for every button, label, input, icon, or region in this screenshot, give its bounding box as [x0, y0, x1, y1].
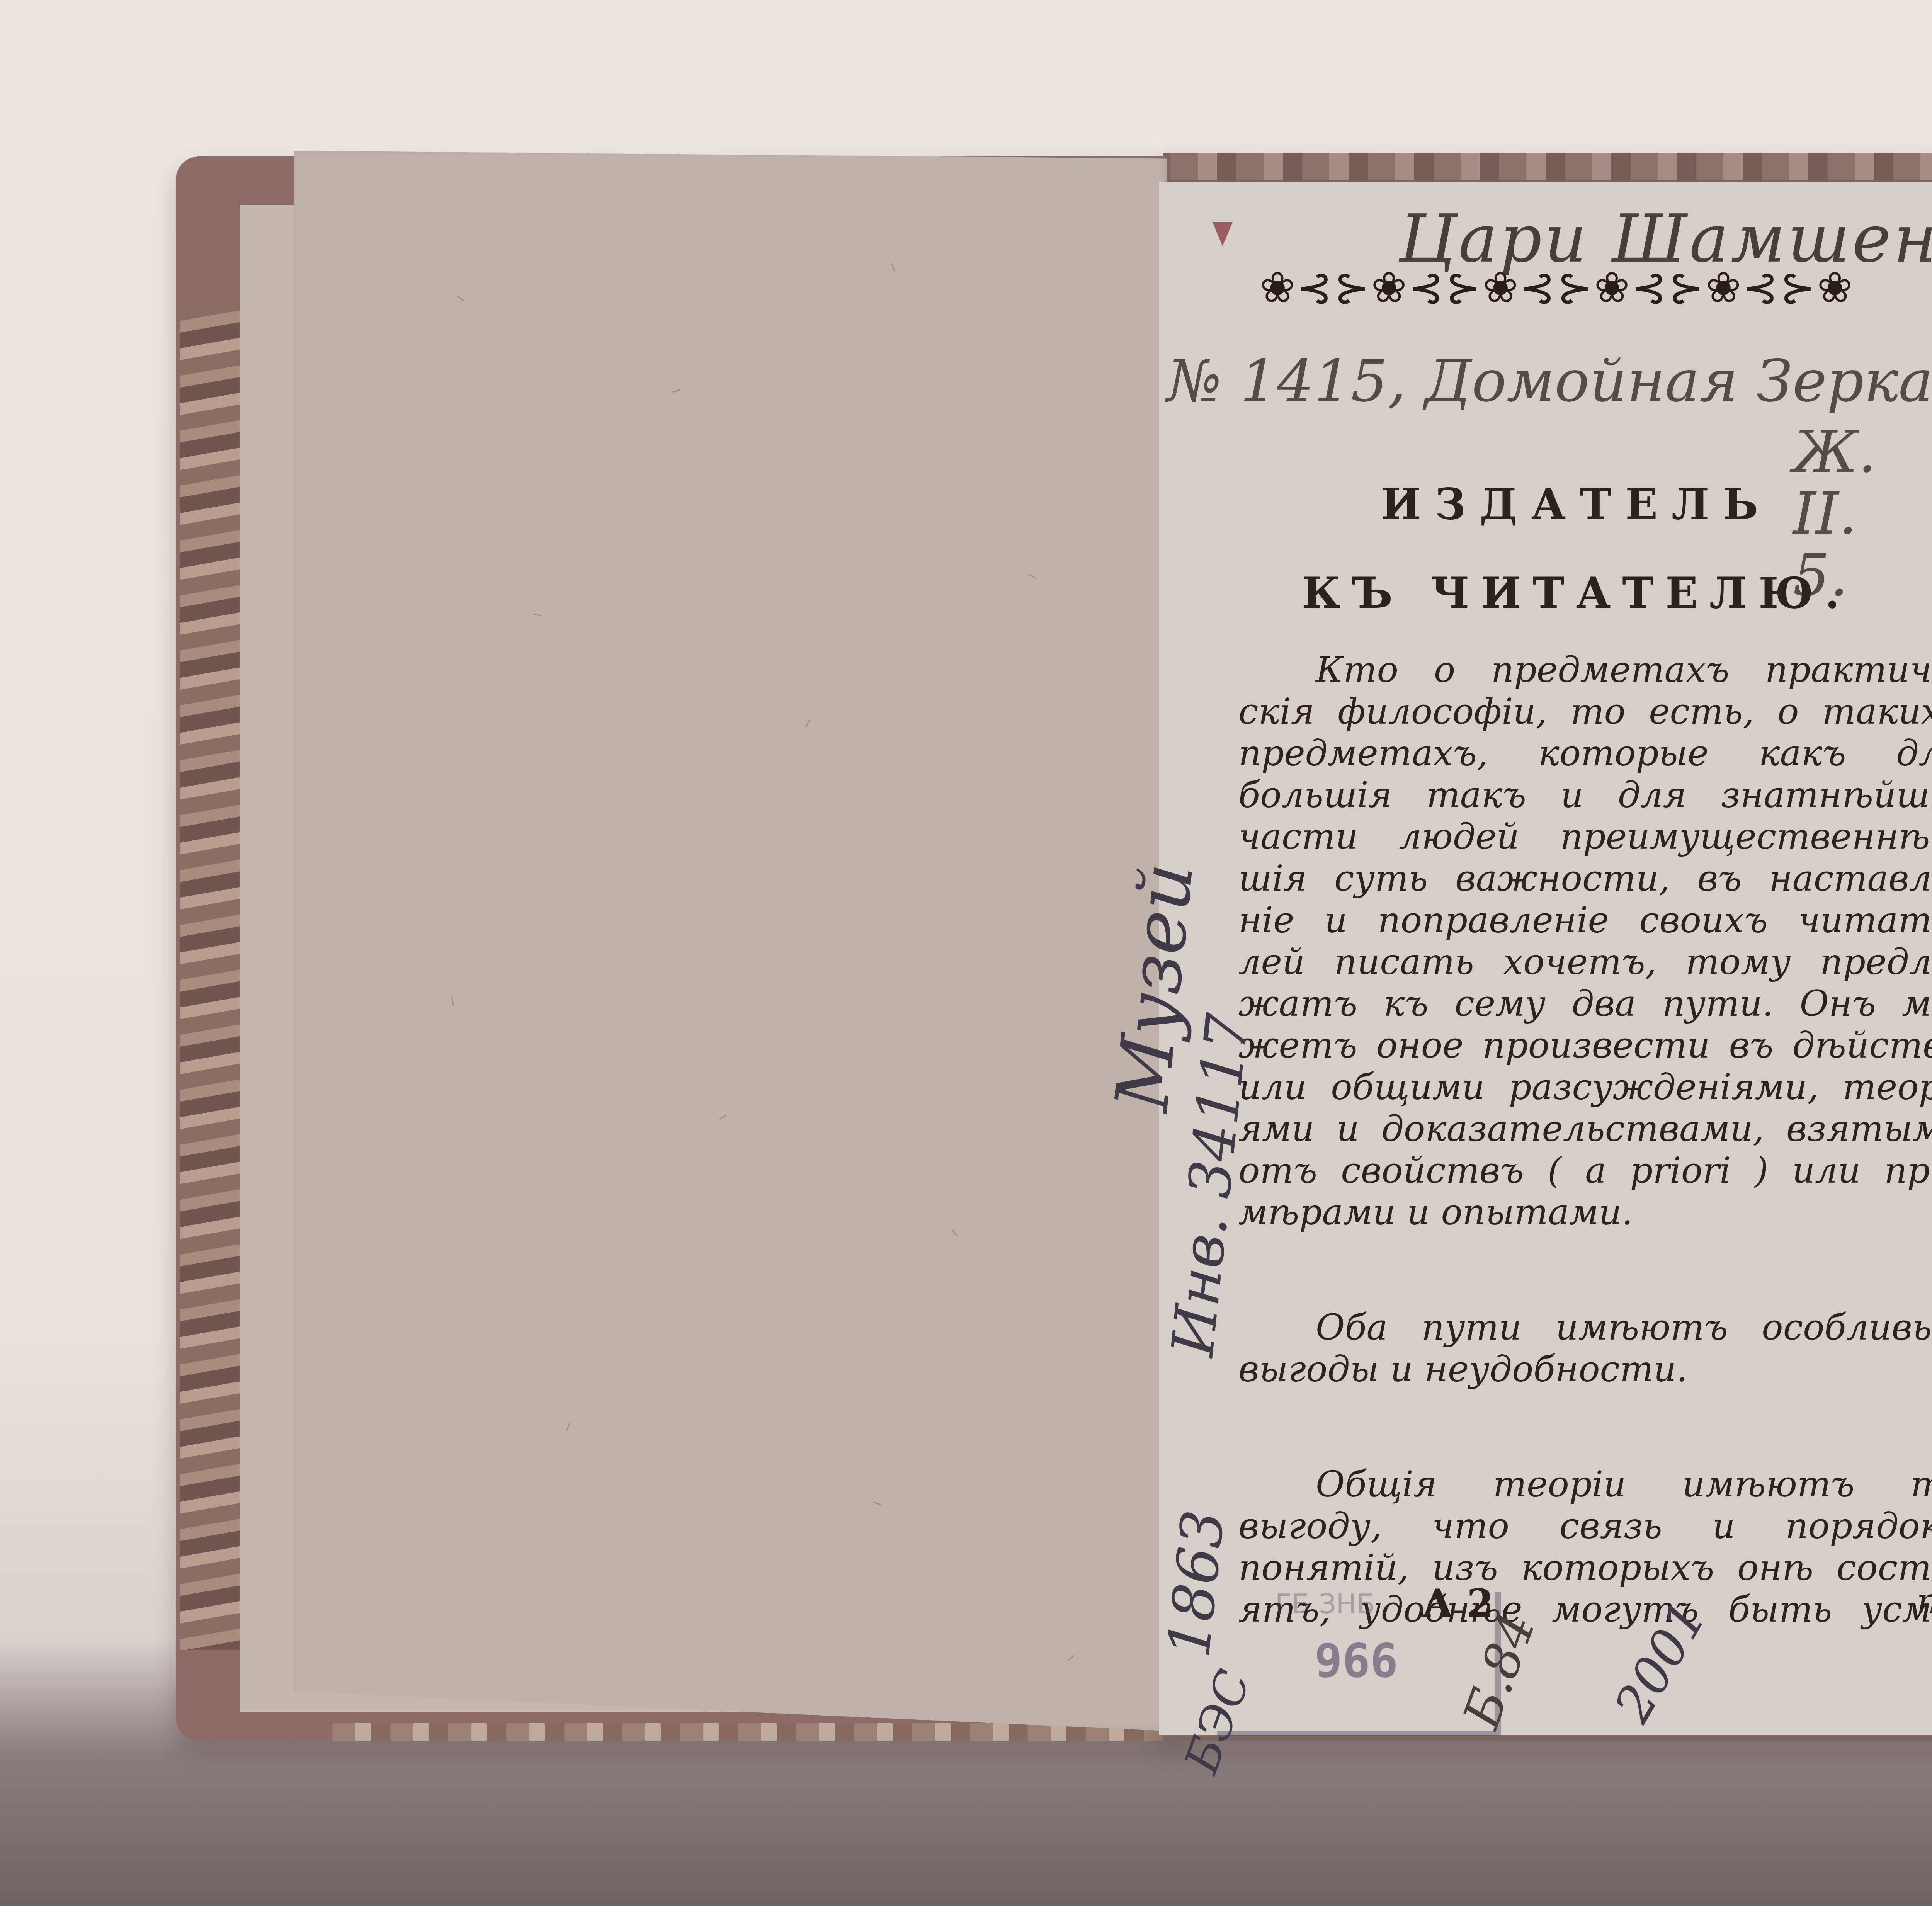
heading-publisher: ИЗДАТЕЛЬ [1267, 479, 1886, 529]
text-line: или общими разсужденіями, теорі- [1238, 1066, 1932, 1108]
text-line: понятій, изъ которыхъ онѣ состо- [1238, 1547, 1932, 1589]
paragraph-gap [1238, 1233, 1932, 1307]
text-line: предметахъ, которые какъ для [1238, 733, 1932, 774]
shelf-volume-line: Ж. [1793, 421, 1876, 483]
text-line: большія такъ и для знатнѣйшія [1238, 774, 1932, 816]
paragraph-1: Кто о предметахъ практиче- скія философі… [1238, 649, 1932, 1233]
heading-to-reader: КЪ ЧИТАТЕЛЮ. [1267, 568, 1886, 618]
left-page-flyleaf [294, 151, 1167, 1731]
text-line: шія суть важности, въ наставле- [1238, 858, 1932, 899]
text-line: Общія теоріи имѣютъ ту [1238, 1464, 1932, 1505]
red-marker-triangle [1213, 222, 1233, 246]
text-line: жетъ оное произвести въ дѣйство [1238, 1025, 1932, 1066]
right-cover-marbled-top [1171, 153, 1932, 180]
text-line: жатъ къ сему два пути. Онъ мо- [1238, 983, 1932, 1025]
text-line: ніе и поправленіе своихъ читате- [1238, 899, 1932, 941]
body-text: Кто о предметахъ практиче- скія философі… [1238, 649, 1932, 1631]
photo-background: Цари Шамшенские ❀⊰⊱❀⊰⊱❀⊰⊱❀⊰⊱❀⊰⊱❀ № 1415,… [0, 0, 1932, 1906]
paragraph-2: Оба пути имѣютъ особливыя выгоды и неудо… [1238, 1307, 1932, 1390]
text-line: Кто о предметахъ практиче- [1238, 649, 1932, 691]
floral-ornament-headpiece: ❀⊰⊱❀⊰⊱❀⊰⊱❀⊰⊱❀⊰⊱❀ [1260, 263, 1917, 313]
text-line: лей писать хочетъ, тому предле- [1238, 941, 1932, 983]
text-line: скія философіи, то есть, о такихъ [1238, 691, 1932, 733]
text-line: ями и доказательствами, взятыми [1238, 1108, 1932, 1150]
text-line: Оба пути имѣютъ особливыя [1238, 1307, 1932, 1348]
text-line: мѣрами и опытами. [1238, 1192, 1932, 1233]
text-line: отъ свойствъ ( a priori ) или при- [1238, 1150, 1932, 1192]
left-cover-marbled-bottom [332, 1723, 1163, 1741]
text-line: выгоды и неудобности. [1238, 1348, 1932, 1390]
paragraph-gap [1238, 1390, 1932, 1464]
catchword: три. [1917, 1580, 1932, 1622]
shelf-mark: № 1415, Домойная Зеркало [1167, 348, 1932, 415]
text-line: выгоду, что связь и порядокъ [1238, 1505, 1932, 1547]
text-line: части людей преимущественнѣй- [1238, 816, 1932, 858]
